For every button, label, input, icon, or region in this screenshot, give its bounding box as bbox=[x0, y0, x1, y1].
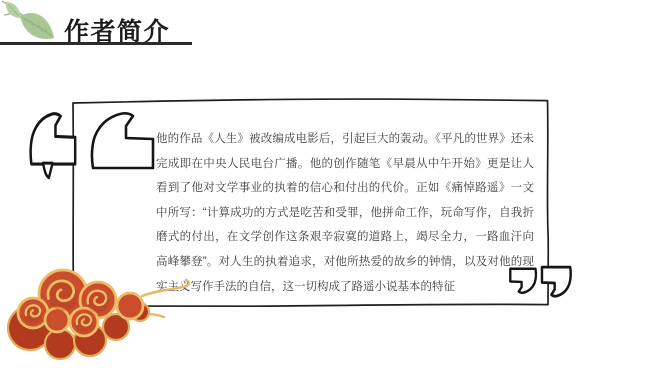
slide: 作者简介 他的作 bbox=[0, 0, 668, 376]
opening-quotes-icon bbox=[31, 113, 153, 178]
body-paragraph: 他的作品《人生》被改编成电影后，引起巨大的轰动。《平凡的世界》还未完成即在中央人… bbox=[156, 127, 534, 299]
auspicious-cloud-icon bbox=[0, 255, 200, 376]
